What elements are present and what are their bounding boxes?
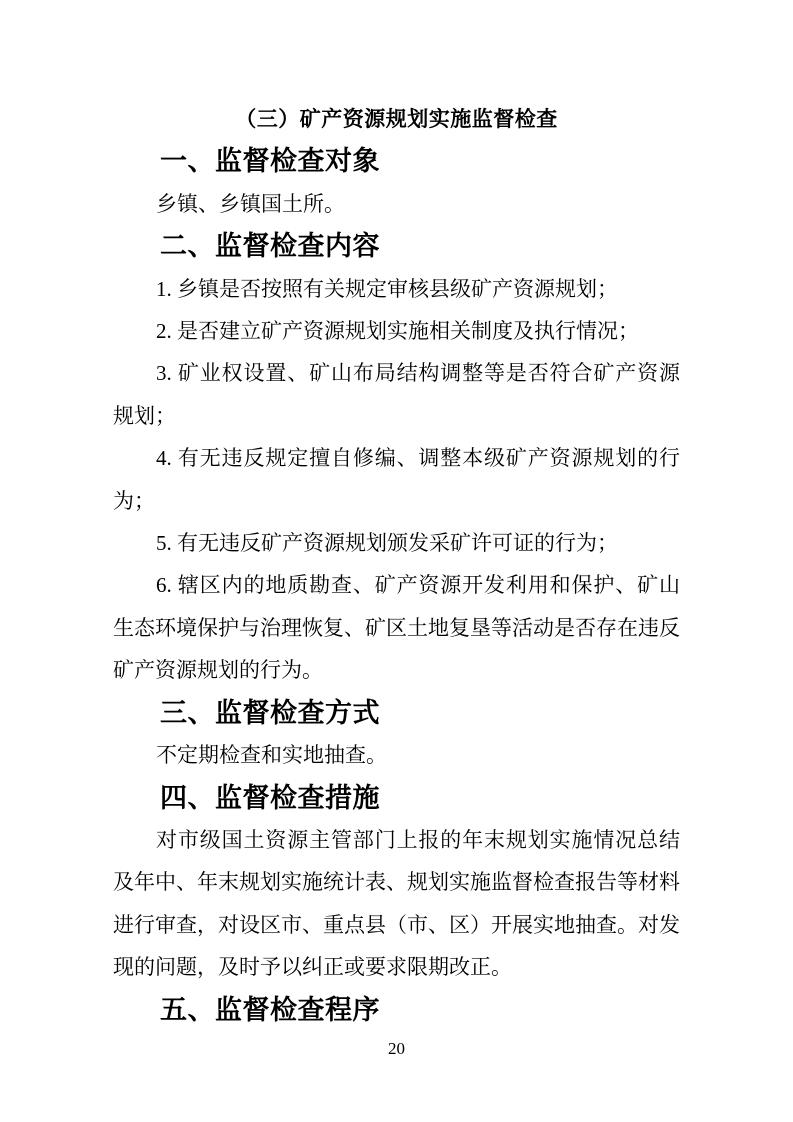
section-heading-supervision-measures: 四、监督检查措施 — [113, 777, 680, 819]
list-item-6: 6. 辖区内的地质勘查、矿产资源开发利用和保护、矿山生态环境保护与治理恢复、矿区… — [113, 564, 680, 691]
document-page: （三）矿产资源规划实施监督检查 一、监督检查对象 乡镇、乡镇国土所。 二、监督检… — [0, 0, 793, 1122]
page-footer: 20 — [0, 1036, 793, 1062]
list-item-1: 1. 乡镇是否按照有关规定审核县级矿产资源规划； — [113, 268, 680, 310]
list-item-5: 5. 有无违反矿产资源规划颁发采矿许可证的行为； — [113, 522, 680, 564]
paragraph-supervision-method: 不定期检查和实地抽查。 — [113, 734, 680, 776]
section-heading-supervision-procedure: 五、监督检查程序 — [113, 989, 680, 1031]
document-title: （三）矿产资源规划实施监督检查 — [113, 98, 680, 140]
section-heading-supervision-method: 三、监督检查方式 — [113, 692, 680, 734]
document-content: （三）矿产资源规划实施监督检查 一、监督检查对象 乡镇、乡镇国土所。 二、监督检… — [113, 98, 680, 1031]
paragraph-supervision-measures: 对市级国土资源主管部门上报的年末规划实施情况总结及年中、年末规划实施统计表、规划… — [113, 819, 680, 989]
section-heading-supervision-target: 一、监督检查对象 — [113, 140, 680, 182]
list-item-2: 2. 是否建立矿产资源规划实施相关制度及执行情况； — [113, 310, 680, 352]
page-number: 20 — [388, 1039, 405, 1058]
list-item-3: 3. 矿业权设置、矿山布局结构调整等是否符合矿产资源规划； — [113, 352, 680, 437]
list-item-4: 4. 有无违反规定擅自修编、调整本级矿产资源规划的行为； — [113, 437, 680, 522]
section-heading-supervision-content: 二、监督检查内容 — [113, 225, 680, 267]
paragraph-supervision-target: 乡镇、乡镇国土所。 — [113, 183, 680, 225]
